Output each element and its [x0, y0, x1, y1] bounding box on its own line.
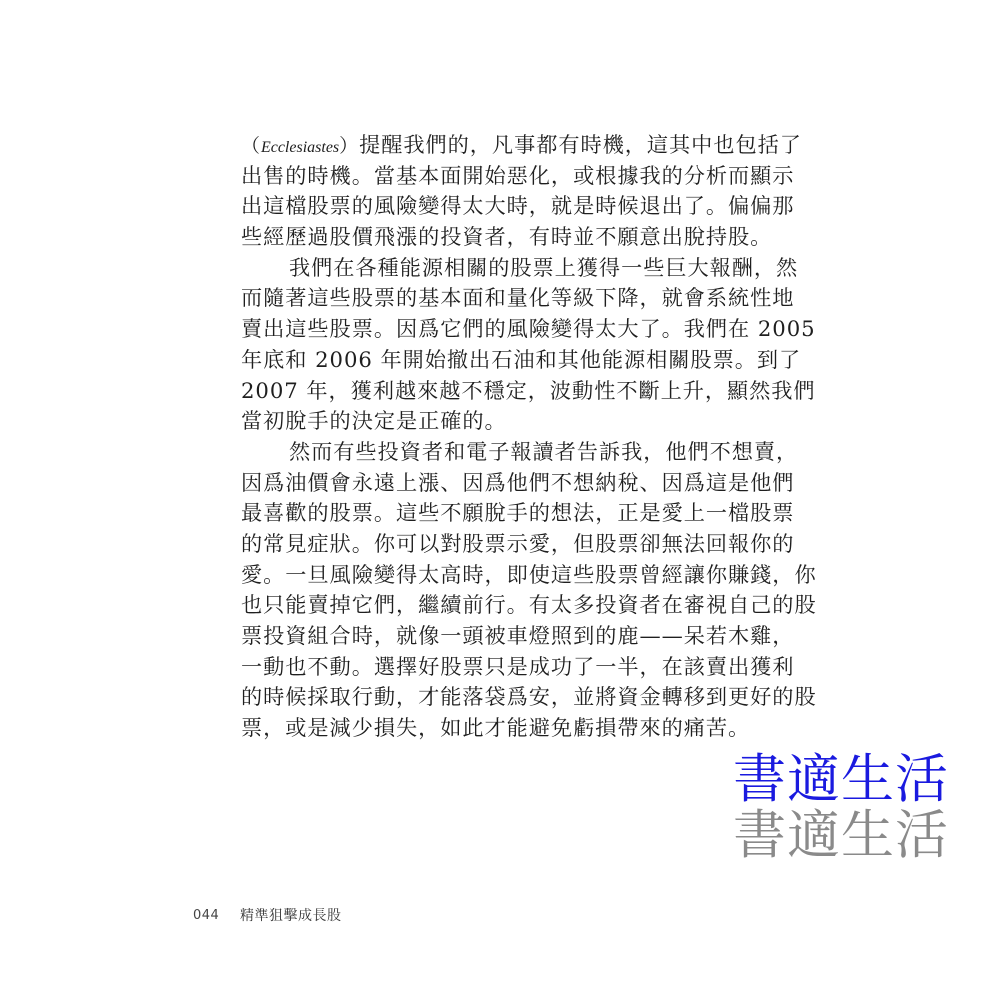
watermark-gray: 書適生活 — [733, 808, 963, 864]
line-1-text: 提醒我們的，凡事都有時機，這其中也包括了 — [359, 132, 802, 157]
paragraph-start-line: 然而有些投資者和電子報讀者告訴我，他們不想賣， — [241, 437, 725, 468]
text-line: 一動也不動。選擇好股票只是成功了一半，在該賣出獲利 — [241, 652, 725, 683]
text-line: 當初脫手的決定是正確的。 — [241, 406, 725, 437]
text-line: 票投資組合時，就像一頭被車燈照到的鹿——呆若木雞， — [241, 621, 725, 652]
text-line: 2007 年，獲利越來越不穩定，波動性不斷上升，顯然我們 — [241, 376, 725, 407]
text-line: 愛。一旦風險變得太高時，即使這些股票曾經讓你賺錢，你 — [241, 560, 725, 591]
paren-close: ） — [339, 135, 359, 157]
text-line: 出售的時機。當基本面開始惡化，或根據我的分析而顯示 — [241, 161, 725, 192]
text-line: 出這檔股票的風險變得太大時，就是時候退出了。偏偏那 — [241, 191, 725, 222]
text-line: 因爲油價會永遠上漲、因爲他們不想納稅、因爲這是他們 — [241, 468, 725, 499]
text-line: 最喜歡的股票。這些不願脫手的想法，正是愛上一檔股票 — [241, 498, 725, 529]
text-line: 些經歷過股價飛漲的投資者，有時並不願意出脫持股。 — [241, 222, 725, 253]
text-line: 而隨著這些股票的基本面和量化等級下降，就會系統性地 — [241, 283, 725, 314]
ecclesiastes-citation: Ecclesiastes — [261, 139, 339, 156]
text-line: 也只能賣掉它們，繼續前行。有太多投資者在審視自己的股 — [241, 590, 725, 621]
body-text: （Ecclesiastes）提醒我們的，凡事都有時機，這其中也包括了 出售的時機… — [241, 130, 725, 744]
text-line: 票，或是減少損失，如此才能避免虧損帶來的痛苦。 — [241, 713, 725, 744]
text-line: 的時候採取行動，才能落袋爲安，並將資金轉移到更好的股 — [241, 682, 725, 713]
text-line: 賣出這些股票。因爲它們的風險變得太大了。我們在 2005 — [241, 314, 725, 345]
text-line: 的常見症狀。你可以對股票示愛，但股票卻無法回報你的 — [241, 529, 725, 560]
page-footer: 044 精準狙擊成長股 — [193, 905, 342, 925]
text-line: 年底和 2006 年開始撤出石油和其他能源相關股票。到了 — [241, 345, 725, 376]
book-page: （Ecclesiastes）提醒我們的，凡事都有時機，這其中也包括了 出售的時機… — [0, 0, 1000, 1000]
watermark-blue: 書適生活 — [733, 752, 963, 808]
running-book-title: 精準狙擊成長股 — [240, 905, 342, 925]
paragraph-start-line: 我們在各種能源相關的股票上獲得一些巨大報酬，然 — [241, 253, 725, 284]
text-line-1: （Ecclesiastes）提醒我們的，凡事都有時機，這其中也包括了 — [241, 130, 725, 161]
paren-open: （ — [241, 135, 261, 157]
page-number: 044 — [193, 908, 240, 923]
